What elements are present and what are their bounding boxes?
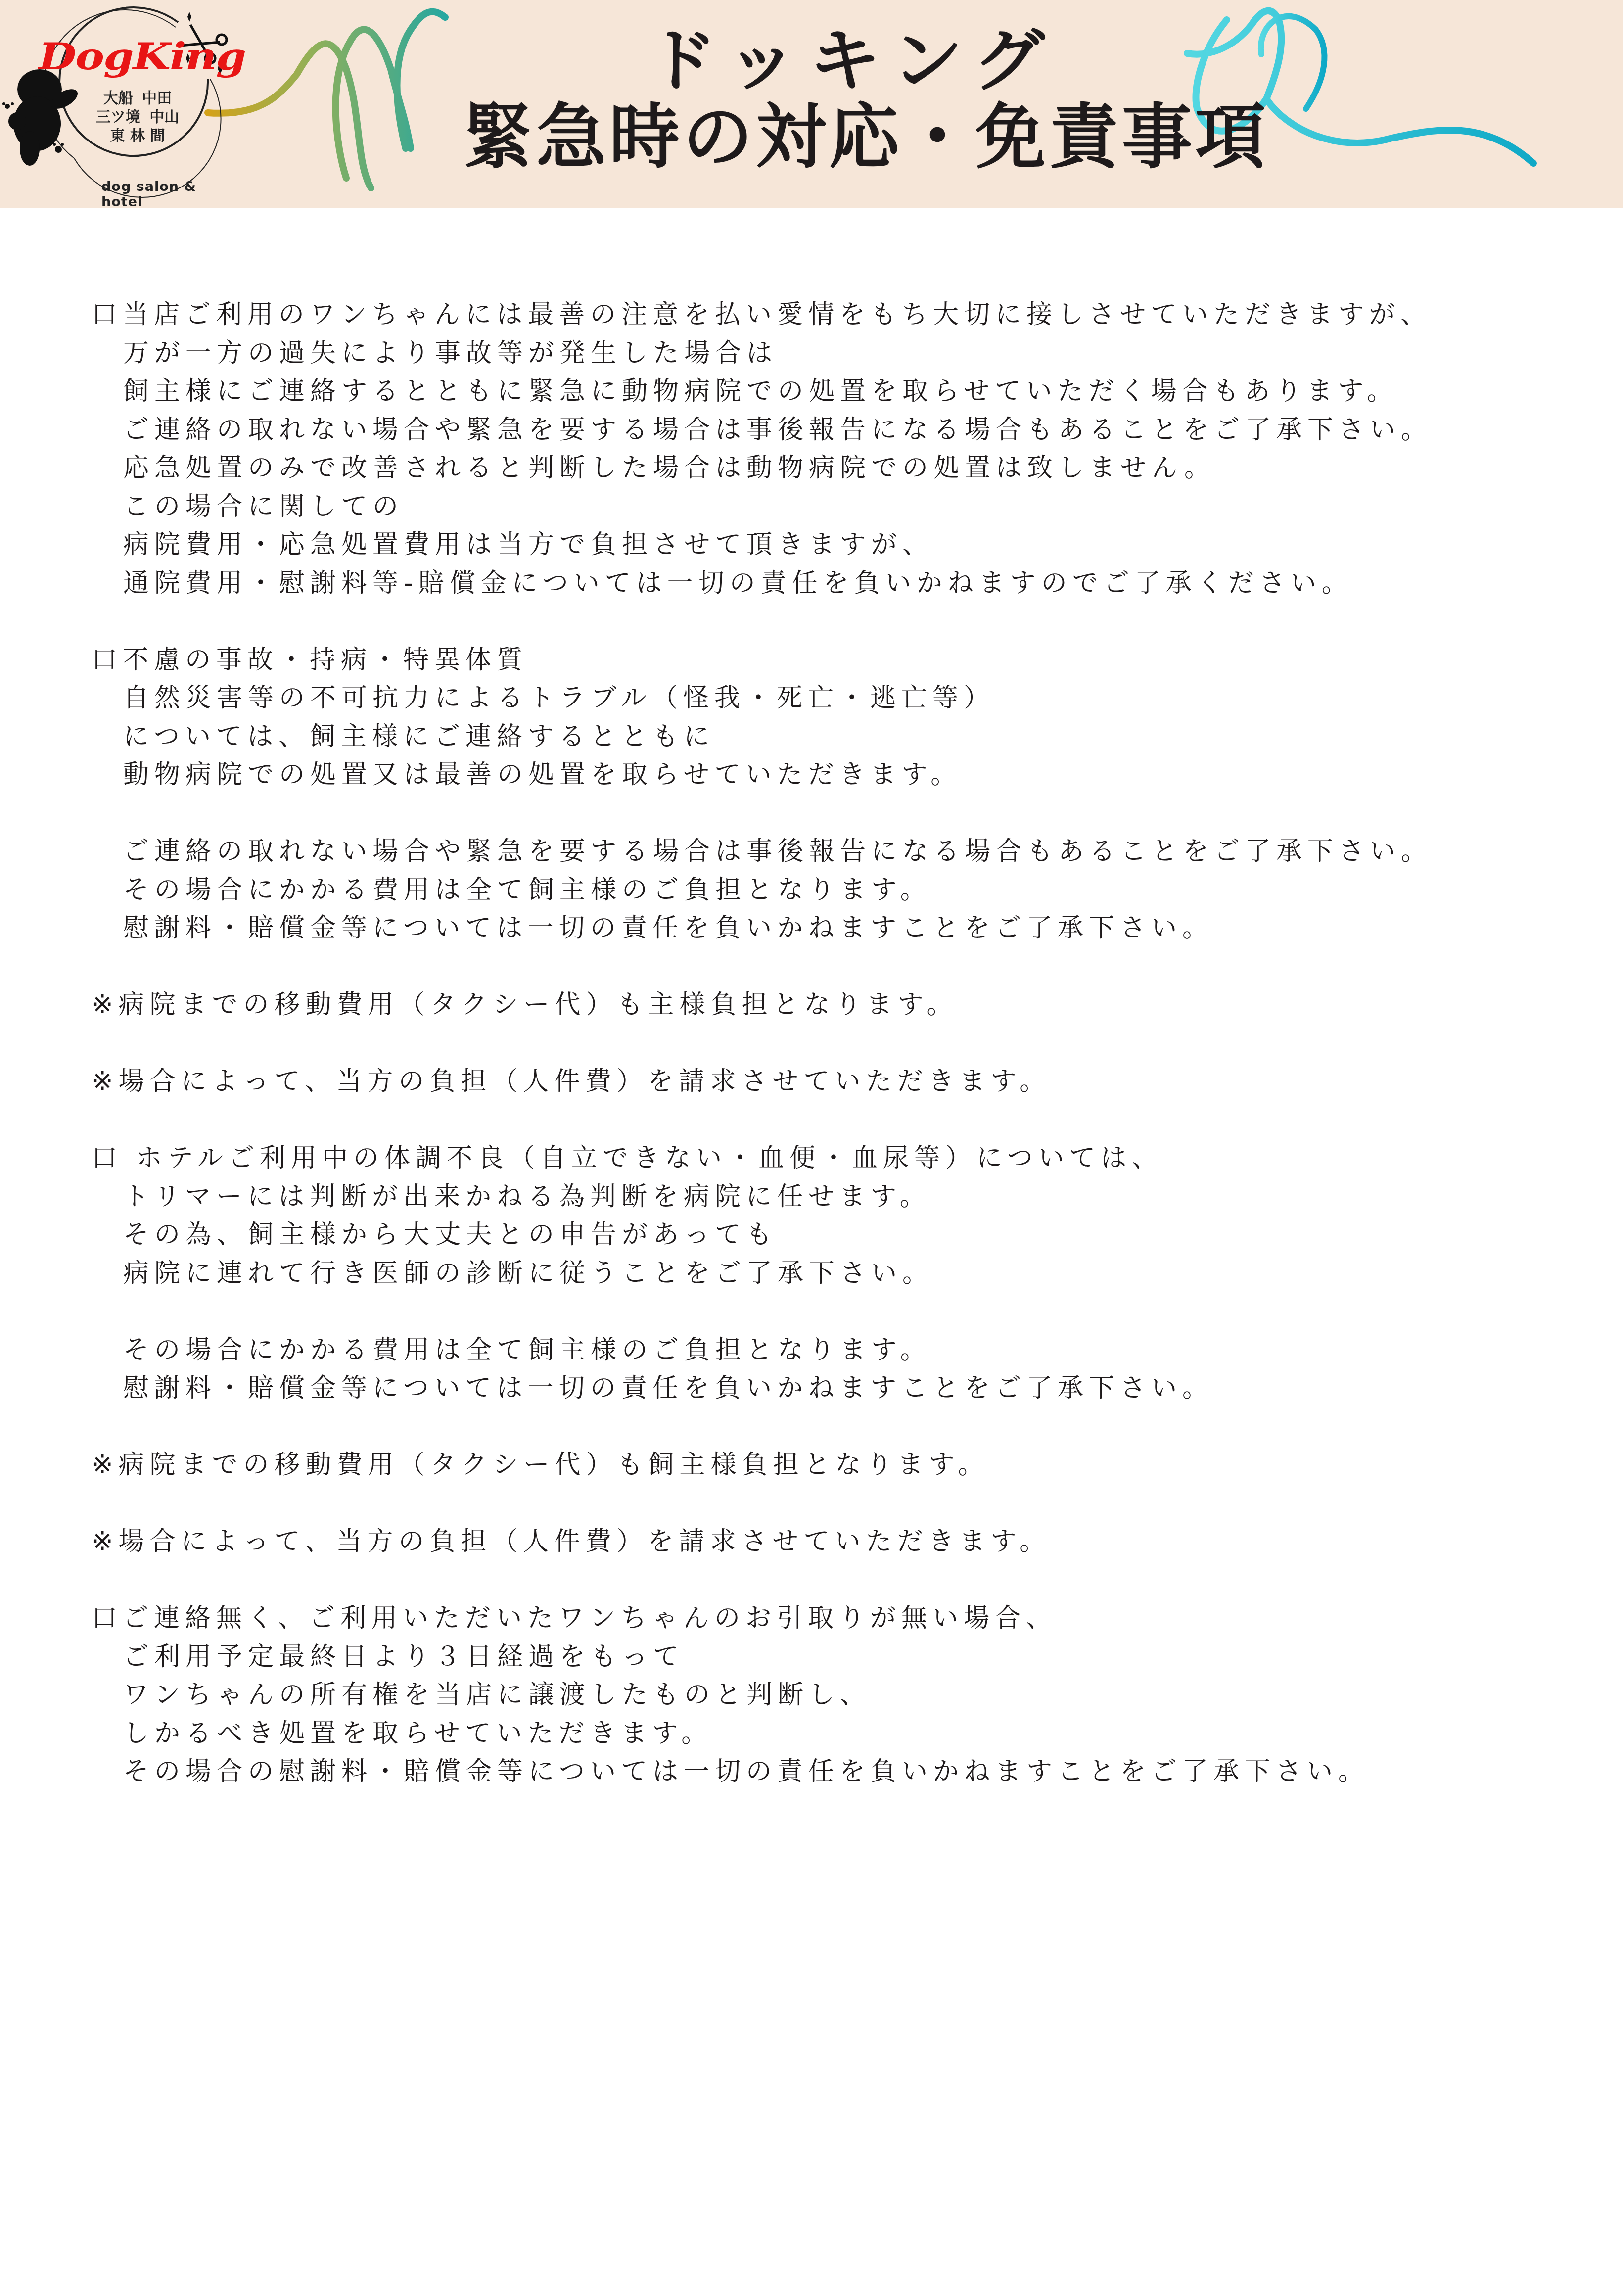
section-heading-line: ※場合によって、当方の負担（人件費）を請求させていただきます。 <box>92 1523 1432 1561</box>
body-line: ご連絡の取れない場合や緊急を要する場合は事後報告になる場合もあることをご了承下さ… <box>92 833 1432 871</box>
title-line-1: ドッキング <box>264 24 1438 98</box>
section-4: 口 ホテルご利用中の体調不良（自立できない・血便・血尿等）については、トリマーに… <box>92 1139 1432 1408</box>
body-line: 応急処置のみで改善されると判断した場合は動物病院での処置は致しません。 <box>92 449 1432 488</box>
body-line: については、飼主様にご連絡するとともに <box>92 718 1432 756</box>
body-line: ご連絡の取れない場合や緊急を要する場合は事後報告になる場合もあることをご了承下さ… <box>92 411 1432 450</box>
body-line: その為、飼主様から大丈夫との申告があっても <box>92 1216 1432 1255</box>
section-1: 口不慮の事故・持病・特異体質自然災害等の不可抗力によるトラブル（怪我・死亡・逃亡… <box>92 641 1432 948</box>
location-mitsukyo: 三ツ境 <box>96 108 140 127</box>
section-6: ※場合によって、当方の負担（人件費）を請求させていただきます。 <box>92 1523 1432 1561</box>
section-spacer <box>92 1408 1432 1447</box>
body-line: その場合の慰謝料・賠償金等については一切の責任を負いかねますことをご了承下さい。 <box>92 1753 1432 1791</box>
location-ofuna: 大船 <box>103 89 133 108</box>
location-higashi-rinkan: 東 林 間 <box>110 127 165 145</box>
location-nakada: 中田 <box>142 89 172 108</box>
logo-tagline: dog salon & hotel <box>101 179 232 208</box>
body-line: ご利用予定最終日より３日経過をもって <box>92 1638 1432 1677</box>
brand-name: DogKing <box>39 35 245 78</box>
body-line: 病院費用・応急処置費用は当方で負担させて頂きますが、 <box>92 526 1432 564</box>
section-spacer <box>92 1485 1432 1523</box>
body-line <box>92 1293 1432 1331</box>
body-line: 慰謝料・賠償金等については一切の責任を負いかねますことをご了承下さい。 <box>92 909 1432 948</box>
title-line-2: 緊急時の対応・免責事項 <box>322 98 1410 177</box>
section-heading-line: ※病院までの移動費用（タクシー代）も飼主様負担となります。 <box>92 1446 1432 1485</box>
section-spacer <box>92 1025 1432 1063</box>
logo: DogKing 大船 中田 三ツ境 中山 東 林 間 dog salon & h… <box>0 0 232 208</box>
body-line: 自然災害等の不可抗力によるトラブル（怪我・死亡・逃亡等） <box>92 679 1432 718</box>
section-spacer <box>92 1101 1432 1140</box>
location-list: 大船 中田 三ツ境 中山 東 林 間 <box>83 89 192 145</box>
poodle-silhouette-icon <box>8 69 81 166</box>
section-heading-line: 口不慮の事故・持病・特異体質 <box>92 641 1432 680</box>
section-heading-line: ※場合によって、当方の負担（人件費）を請求させていただきます。 <box>92 1063 1432 1101</box>
section-5: ※病院までの移動費用（タクシー代）も飼主様負担となります。 <box>92 1446 1432 1485</box>
section-spacer <box>92 1561 1432 1600</box>
body-line: 飼主様にご連絡するとともに緊急に動物病院での処置を取らせていただく場合もあります… <box>92 373 1432 411</box>
section-spacer <box>92 603 1432 641</box>
body-line: ワンちゃんの所有権を当店に譲渡したものと判断し、 <box>92 1676 1432 1715</box>
body-line: 通院費用・慰謝料等-賠償金については一切の責任を負いかねますのでご了承ください。 <box>92 564 1432 603</box>
section-heading-line: 口 ホテルご利用中の体調不良（自立できない・血便・血尿等）については、 <box>92 1139 1432 1178</box>
section-heading-line: 口当店ご利用のワンちゃんには最善の注意を払い愛情をもち大切に接しさせていただきま… <box>92 296 1432 334</box>
section-heading-line: ※病院までの移動費用（タクシー代）も主様負担となります。 <box>92 986 1432 1025</box>
body-line: 病院に連れて行き医師の診断に従うことをご了承下さい。 <box>92 1255 1432 1293</box>
section-spacer <box>92 948 1432 986</box>
document-body: 口当店ご利用のワンちゃんには最善の注意を払い愛情をもち大切に接しさせていただきま… <box>92 296 1432 1791</box>
page-title: ドッキング 緊急時の対応・免責事項 <box>322 24 1410 177</box>
section-3: ※場合によって、当方の負担（人件費）を請求させていただきます。 <box>92 1063 1432 1101</box>
section-heading-line: 口ご連絡無く、ご利用いただいたワンちゃんのお引取りが無い場合、 <box>92 1599 1432 1638</box>
body-line: 万が一方の過失により事故等が発生した場合は <box>92 334 1432 373</box>
location-nakayama: 中山 <box>149 108 179 127</box>
body-line: 慰謝料・賠償金等については一切の責任を負いかねますことをご了承下さい。 <box>92 1369 1432 1408</box>
body-line <box>92 795 1432 833</box>
body-line: しかるべき処置を取らせていただきます。 <box>92 1715 1432 1753</box>
header-banner: DogKing 大船 中田 三ツ境 中山 東 林 間 dog salon & h… <box>0 0 1623 208</box>
section-7: 口ご連絡無く、ご利用いただいたワンちゃんのお引取りが無い場合、ご利用予定最終日よ… <box>92 1599 1432 1791</box>
section-2: ※病院までの移動費用（タクシー代）も主様負担となります。 <box>92 986 1432 1025</box>
body-line: 動物病院での処置又は最善の処置を取らせていただきます。 <box>92 756 1432 795</box>
body-line: トリマーには判断が出来かねる為判断を病院に任せます。 <box>92 1178 1432 1217</box>
section-0: 口当店ご利用のワンちゃんには最善の注意を払い愛情をもち大切に接しさせていただきま… <box>92 296 1432 603</box>
body-line: この場合に関しての <box>92 488 1432 526</box>
body-line: その場合にかかる費用は全て飼主様のご負担となります。 <box>92 1331 1432 1370</box>
body-line: その場合にかかる費用は全て飼主様のご負担となります。 <box>92 871 1432 910</box>
